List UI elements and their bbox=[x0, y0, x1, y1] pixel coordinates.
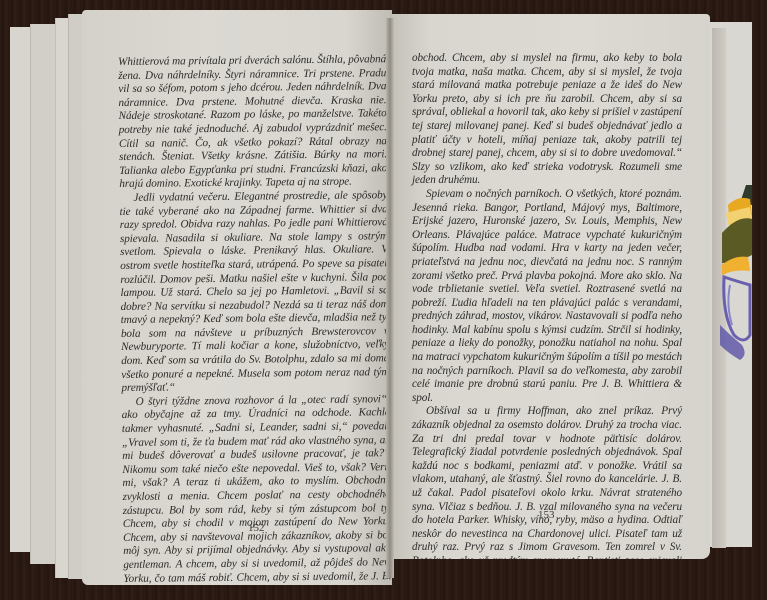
paragraph: obchod. Chcem, aby si myslel na firmu, a… bbox=[412, 52, 682, 188]
right-page: obchod. Chcem, aby si myslel na firmu, a… bbox=[392, 14, 710, 559]
right-page-text: obchod. Chcem, aby si myslel na firmu, a… bbox=[412, 52, 682, 559]
paragraph: Obšíval sa u firmy Hoffman, ako znel prí… bbox=[412, 405, 682, 559]
page-number-right: 153 bbox=[538, 509, 555, 521]
paragraph: Whittierová ma privítala pri dverách sal… bbox=[118, 53, 387, 192]
paragraph: Spievam o nočných parníkoch. O všetkých,… bbox=[412, 188, 682, 406]
color-illustration-edge bbox=[720, 185, 752, 375]
left-page-text: Whittierová ma privítala pri dverách sal… bbox=[118, 53, 392, 585]
book-spine-gutter bbox=[386, 18, 394, 578]
left-page: Whittierová ma privítala pri dverách sal… bbox=[82, 10, 392, 585]
paragraph: Jedli vydatnú večeru. Elegantné prostred… bbox=[119, 189, 389, 396]
page-number-left: 152 bbox=[248, 522, 265, 534]
paragraph: O štyri týždne znova rozhovor á la „otec… bbox=[122, 393, 392, 585]
